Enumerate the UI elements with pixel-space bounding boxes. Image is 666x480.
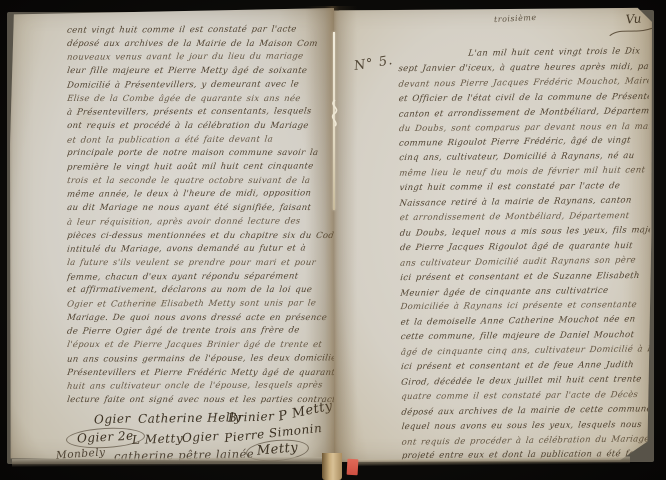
manuscript-line: leur fille majeure et Pierre Metty âgé d…: [66, 65, 334, 79]
signature: L Metty: [132, 431, 184, 447]
left-page: cent vingt huit comme il est constaté pa…: [10, 8, 334, 462]
manuscript-line: trois et la seconde le quatre octobre su…: [66, 175, 334, 189]
manuscript-line: au dit Mariage ne nous ayant été signifi…: [66, 202, 334, 216]
manuscript-line: intitulé du Mariage, avons demandé au fu…: [66, 243, 334, 258]
manuscript-line: pièces ci-dessus mentionnées et du chapi…: [66, 230, 334, 244]
right-manuscript-text-block: L'an mil huit cent vingt trois le Dixsep…: [398, 45, 652, 462]
manuscript-line: Domicilié à Présentevillers, y demeurant…: [66, 78, 334, 93]
signature: Ogier: [182, 429, 219, 445]
right-page: troisième Vu N° 5. L'an mil huit cent vi…: [334, 6, 652, 462]
manuscript-line: première le vingt huit août mil huit cen…: [66, 160, 334, 175]
manuscript-line: même année, le deux à l'heure de midi, o…: [66, 188, 334, 203]
manuscript-line: l'époux et de Pierre Jacques Brinier âgé…: [66, 339, 334, 353]
manuscript-line: un ans cousins germains de l'épouse, les…: [66, 352, 334, 367]
manuscript-line: Elise de la Combe âgée de quarante six a…: [66, 93, 334, 107]
left-manuscript-text-block: cent vingt huit comme il est constaté pa…: [67, 24, 334, 416]
manuscript-line: femme, chacun d'eux ayant répondu séparé…: [66, 270, 334, 285]
manuscript-line: principale porte de notre maison commune…: [66, 147, 334, 161]
manuscript-line: et affirmativement, déclarons au nom de …: [66, 284, 334, 298]
manuscript-line: et dont la publication a été faite devan…: [66, 133, 334, 148]
manuscript-line: de Pierre Ogier âgé de trente trois ans …: [66, 325, 334, 340]
spine-tail: [322, 453, 342, 480]
manuscript-line: ont requis et procédé à la célébration d…: [66, 120, 334, 134]
signature: Catherine Helly: [138, 410, 242, 426]
manuscript-line: Ogier et Catherine Elisabeth Metty sont …: [66, 297, 334, 312]
scanned-register-spread: cent vingt huit comme il est constaté pa…: [0, 0, 666, 480]
manuscript-line: nouveaux venus avant le jour du lieu du …: [66, 51, 334, 66]
manuscript-line: à leur réquisition, après avoir donné le…: [66, 215, 334, 230]
manuscript-line: huit ans cultivateur oncle de l'épouse, …: [66, 380, 334, 395]
manuscript-line: à Présentevillers, présents et consentan…: [66, 106, 334, 121]
manuscript-line: Mariage. De quoi nous avons dressé acte …: [66, 312, 334, 326]
binding-thread-knot-icon: [324, 98, 346, 128]
page-bottom-edge: [12, 457, 332, 467]
manuscript-line: la future s'ils veulent se prendre pour …: [66, 257, 334, 271]
act-number: N° 5.: [353, 53, 394, 74]
header-annotation: troisième: [494, 13, 537, 24]
signature: Ogier: [94, 411, 131, 426]
paraph-flourish-icon: [606, 20, 652, 40]
bookmark-ribbon: [347, 459, 359, 476]
manuscript-line: déposé aux archives de la Mairie de la M…: [66, 38, 334, 52]
manuscript-line: cent vingt huit comme il est constaté pa…: [66, 23, 334, 38]
manuscript-line: Présentevillers et Pierre Frédéric Metty…: [66, 367, 334, 381]
signature: Brinier: [228, 409, 275, 425]
